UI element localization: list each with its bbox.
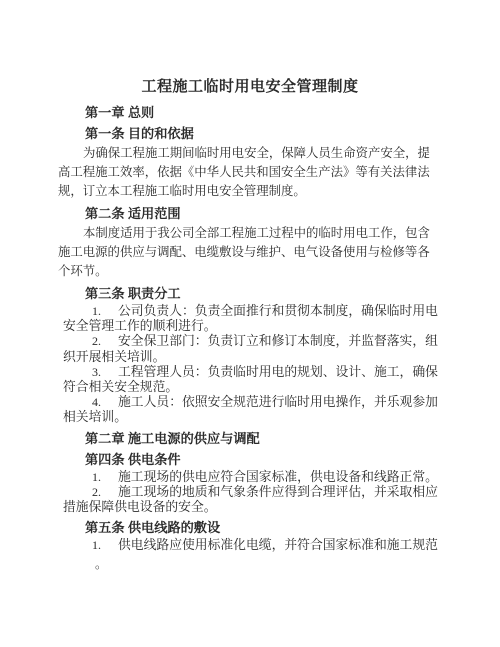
numbered-list: 1.公司负责人：负责全面推行和贯彻本制度，确保临时用电安全管理工作的顺利进行。2… [58, 304, 442, 426]
list-item-text: 施工现场的地质和气象条件应得到合理评估，并采取相应措施保障供电设备的安全。 [63, 485, 438, 514]
list-item: 2.施工现场的地质和气象条件应得到合理评估，并采取相应措施保障供电设备的安全。 [58, 485, 442, 515]
document-blocks: 第一章 总则第一条 目的和依据为确保工程施工期间临时用电安全，保障人员生命资产安… [58, 104, 442, 573]
article-heading: 第三条 职责分工 [58, 285, 442, 302]
numbered-list: 1.施工现场的供电应符合国家标准，供电设备和线路正常。2.施工现场的地质和气象条… [58, 470, 442, 516]
article-heading: 第五条 供电线路的敷设 [58, 519, 442, 536]
list-item: 4.施工人员：依照安全规范进行临时用电操作，并乐观参加相关培训。 [58, 395, 442, 425]
list-item: 1.公司负责人：负责全面推行和贯彻本制度，确保临时用电安全管理工作的顺利进行。 [58, 304, 442, 334]
article-heading: 第四条 供电条件 [58, 451, 442, 468]
paragraph-continuation: 。 [58, 555, 442, 573]
chapter-heading: 第一章 总则 [58, 104, 442, 121]
list-item-text: 施工人员：依照安全规范进行临时用电操作，并乐观参加相关培训。 [63, 395, 438, 424]
list-item-text: 供电线路应使用标准化电缆，并符合国家标准和施工规范 [118, 538, 438, 552]
article-heading: 第二条 适用范围 [58, 205, 442, 222]
paragraph: 为确保工程施工期间临时用电安全，保障人员生命资产安全，提高工程施工效率，依据《中… [58, 144, 442, 201]
list-item: 2.安全保卫部门：负责订立和修订本制度，并监督落实，组织开展相关培训。 [58, 334, 442, 364]
list-item-number: 2. [92, 485, 118, 500]
list-item-text: 公司负责人：负责全面推行和贯彻本制度，确保临时用电安全管理工作的顺利进行。 [63, 304, 438, 333]
list-item-number: 4. [92, 395, 118, 410]
paragraph: 本制度适用于我公司全部工程施工过程中的临时用电工作，包含施工电源的供应与调配、电… [58, 224, 442, 281]
list-item-text: 工程管理人员：负责临时用电的规划、设计、施工，确保符合相关安全规范。 [63, 365, 438, 394]
list-item: 1.供电线路应使用标准化电缆，并符合国家标准和施工规范 [58, 538, 442, 553]
document-page: 工程施工临时用电安全管理制度 第一章 总则第一条 目的和依据为确保工程施工期间临… [0, 0, 500, 647]
list-item-number: 1. [92, 470, 118, 485]
list-item: 1.施工现场的供电应符合国家标准，供电设备和线路正常。 [58, 470, 442, 485]
list-item-number: 1. [92, 538, 118, 553]
list-item: 3.工程管理人员：负责临时用电的规划、设计、施工，确保符合相关安全规范。 [58, 365, 442, 395]
article-heading: 第一条 目的和依据 [58, 125, 442, 142]
list-item-text: 安全保卫部门：负责订立和修订本制度，并监督落实，组织开展相关培训。 [63, 334, 438, 363]
document-body: 工程施工临时用电安全管理制度 第一章 总则第一条 目的和依据为确保工程施工期间临… [58, 76, 442, 573]
numbered-list: 1.供电线路应使用标准化电缆，并符合国家标准和施工规范 [58, 538, 442, 553]
list-item-number: 1. [92, 304, 118, 319]
document-title: 工程施工临时用电安全管理制度 [58, 76, 442, 98]
list-item-text: 施工现场的供电应符合国家标准，供电设备和线路正常。 [118, 470, 438, 484]
chapter-heading: 第二章 施工电源的供应与调配 [58, 430, 442, 447]
list-item-number: 3. [92, 365, 118, 380]
list-item-number: 2. [92, 334, 118, 349]
